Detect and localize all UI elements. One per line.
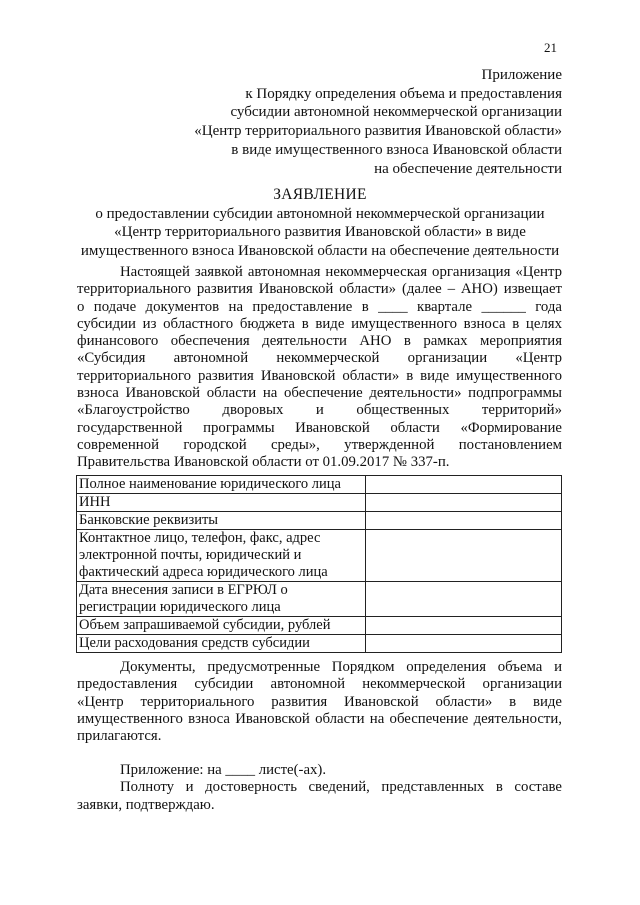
text-line: заявки, подтверждаю. (77, 797, 562, 814)
text-line: о подаче документов на предоставление в … (77, 299, 562, 316)
application-paragraph: Настоящей заявкой автономная некоммерчес… (77, 264, 562, 472)
text-line: взноса Ивановской области на обеспечение… (77, 385, 562, 402)
text-line: Полноту и достоверность сведений, предст… (77, 779, 562, 796)
row-label: Банковские реквизиты (77, 512, 366, 530)
text-line: финансового обеспечения деятельности АНО… (77, 333, 562, 350)
text-line: «Благоустройство дворовых и общественных… (77, 402, 562, 419)
text-line: Настоящей заявкой автономная некоммерчес… (77, 264, 562, 281)
closing-section: Приложение: на ____ листе(-ах). Полноту … (77, 762, 562, 814)
row-label: Цели расходования средств субсидии (77, 635, 366, 653)
row-label: Дата внесения записи в ЕГРЮЛ о регистрац… (77, 582, 366, 617)
row-value[interactable] (365, 512, 561, 530)
text-line: предоставления субсидии автономной неком… (77, 676, 562, 693)
document-title-block: ЗАЯВЛЕНИЕ о предоставлении субсидии авто… (70, 186, 570, 260)
appendix-header: Приложение к Порядку определения объема … (142, 66, 562, 178)
row-value[interactable] (365, 635, 561, 653)
table-row: Объем запрашиваемой субсидии, рублей (77, 617, 562, 635)
documents-paragraph: Документы, предусмотренные Порядком опре… (77, 659, 562, 745)
text-line: современной городской среды», утвержденн… (77, 437, 562, 454)
row-value[interactable] (365, 617, 561, 635)
row-label: Объем запрашиваемой субсидии, рублей (77, 617, 366, 635)
row-label: Полное наименование юридического лица (77, 476, 366, 494)
applicant-info-table: Полное наименование юридического лица ИН… (76, 475, 562, 653)
row-value[interactable] (365, 476, 561, 494)
appendix-line: «Центр территориального развития Ивановс… (142, 122, 562, 141)
subtitle-line: имущественного взноса Ивановской области… (70, 242, 570, 261)
row-value[interactable] (365, 530, 561, 582)
table-row: Дата внесения записи в ЕГРЮЛ о регистрац… (77, 582, 562, 617)
row-label: ИНН (77, 494, 366, 512)
appendix-line: субсидии автономной некоммерческой орган… (142, 103, 562, 122)
table-row: Полное наименование юридического лица (77, 476, 562, 494)
text-line: территориального развития Ивановской обл… (77, 281, 562, 298)
text-line: территориального развития Ивановской обл… (77, 368, 562, 385)
text-line: имущественного взноса Ивановской области… (77, 711, 562, 728)
row-label: Контактное лицо, телефон, факс, адрес эл… (77, 530, 366, 582)
table-row: Банковские реквизиты (77, 512, 562, 530)
table-row: ИНН (77, 494, 562, 512)
text-line: Правительства Ивановской области от 01.0… (77, 454, 562, 471)
row-value[interactable] (365, 494, 561, 512)
appendix-line: на обеспечение деятельности (142, 160, 562, 179)
text-line: «Центр территориального развития Ивановс… (77, 694, 562, 711)
text-line: прилагаются. (77, 728, 562, 745)
table-row: Контактное лицо, телефон, факс, адрес эл… (77, 530, 562, 582)
text-line: «Субсидия автономной некоммерческой орга… (77, 350, 562, 367)
document-title: ЗАЯВЛЕНИЕ (70, 186, 570, 205)
appendix-line: Приложение (142, 66, 562, 85)
text-line: государственной программы Ивановской обл… (77, 420, 562, 437)
subtitle-line: о предоставлении субсидии автономной нек… (70, 205, 570, 224)
table-row: Цели расходования средств субсидии (77, 635, 562, 653)
attachment-line: Приложение: на ____ листе(-ах). (77, 762, 562, 779)
subtitle-line: «Центр территориального развития Ивановс… (70, 223, 570, 242)
appendix-line: к Порядку определения объема и предостав… (142, 85, 562, 104)
text-line: Документы, предусмотренные Порядком опре… (77, 659, 562, 676)
appendix-line: в виде имущественного взноса Ивановской … (142, 141, 562, 160)
row-value[interactable] (365, 582, 561, 617)
page-number: 21 (544, 40, 557, 56)
text-line: субсидии из областного бюджета в виде им… (77, 316, 562, 333)
